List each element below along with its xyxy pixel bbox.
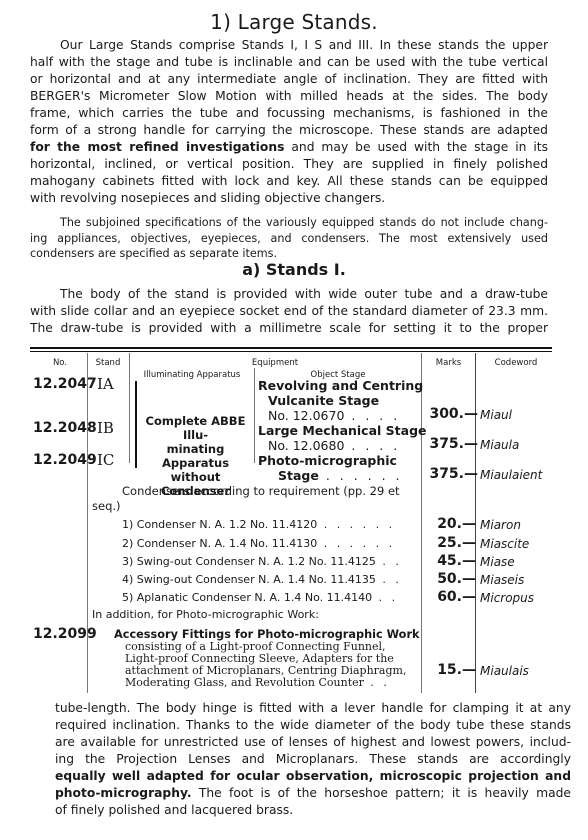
table-top-rule [30,347,552,349]
price-marks: 375.— [418,466,478,482]
header-no: No. [40,358,80,368]
text-line: horizontal, inclined, or vertical positi… [30,156,548,173]
text-line: mahogany cabinets fitted with lock and k… [30,173,548,190]
item-number: 12.2049 [33,452,97,468]
object-stage: Revolving and Centring Vulcanite Stage N… [258,378,423,423]
item-number: 12.2047 [33,376,97,392]
item-number: 12.2099 [33,626,97,642]
price-marks: 25.— [416,535,476,551]
codeword: Miascite [480,537,529,551]
text-line: Revolving and Centring [258,378,423,393]
text-line: Condensers according to requirement (pp.… [92,484,422,499]
price-marks: 45.— [416,553,476,569]
price-marks: 50.— [416,571,476,587]
text-line: or horizontal and at any intermediate an… [30,71,548,88]
price-marks: 375.— [418,436,478,452]
item-number: 12.2048 [33,420,97,436]
text-line: BERGER's Micrometer Slow Motion with mil… [30,88,548,105]
text-line: seq.) [92,499,422,514]
condenser-label: 3) Swing-out Condenser N. A. 1.2 No. 11.… [122,555,402,568]
addition-intro: In addition, for Photo-micrographic Work… [92,608,319,621]
text-line: with slide collar and an eyepiece socket… [30,303,548,320]
header-codeword: Codeword [476,358,556,368]
condenser-label: 4) Swing-out Condenser N. A. 1.4 No. 11.… [122,573,402,586]
header-illuminating: Illuminating Apparatus [130,370,254,380]
stand-type: IA [97,375,114,393]
codeword: Miaseis [480,573,524,587]
text-line: The body of the stand is provided with w… [30,286,548,303]
text-line: are available for unrestricted use of le… [55,734,571,751]
text-line: tube-length. The body hinge is fitted wi… [55,700,571,717]
condenser-label: 2) Condenser N. A. 1.4 No. 11.4130 . . .… [122,537,395,550]
price-marks: 15.— [416,662,476,678]
stand-type: IC [97,451,114,469]
text-line: ing the Projection Lenses and Microplana… [55,751,571,768]
text-line: minating Apparatus [137,442,254,470]
header-stand: Stand [88,358,128,368]
text-line: Complete ABBE Illu- [137,414,254,442]
closing-paragraph: tube-length. The body hinge is fitted wi… [55,700,571,819]
codeword: Miase [480,555,515,569]
subsection-heading: a) Stands I. [0,260,588,279]
text-line: Large Mechanical Stage [258,423,427,438]
stand-type: IB [97,419,114,437]
accessory-description: consisting of a Light-proof Connecting F… [125,641,406,689]
text-line: Moderating Glass, and Revolution Counter… [125,677,406,689]
stands-paragraph: The body of the stand is provided with w… [30,286,548,337]
text-line: equally well adapted for ocular observat… [55,768,571,785]
text-line: for the most refined investigations and … [30,139,548,156]
header-equipment: Equipment [130,358,420,368]
price-marks: 20.— [416,516,476,532]
codeword: Micropus [480,591,534,605]
condenser-label: 1) Condenser N. A. 1.2 No. 11.4120 . . .… [122,518,395,531]
column-divider [87,353,88,693]
price-marks: 300.— [418,406,478,422]
codeword: Miaulaient [480,468,542,482]
header-marks: Marks [422,358,475,368]
codeword: Miaula [480,438,519,452]
text-line: Photo-micrographic [258,453,403,468]
text-line: No. 12.0680 . . . . [258,438,427,453]
text-line: form of a strong handle for carrying the… [30,122,548,139]
text-line: Our Large Stands comprise Stands I, I S … [30,37,548,54]
note-paragraph: The subjoined specifications of the vari… [30,215,548,262]
text-line: frame, which carries the tube and focuss… [30,105,548,122]
text-line: required inclination. Thanks to the wide… [55,717,571,734]
codeword: Miaul [480,408,512,422]
object-stage: Large Mechanical Stage No. 12.0680 . . .… [258,423,427,453]
object-stage: Photo-micrographic Stage . . . . . . [258,453,403,483]
section-heading: 1) Large Stands. [0,10,588,34]
column-divider [254,368,255,463]
text-line: Vulcanite Stage [258,393,423,408]
intro-paragraph: Our Large Stands comprise Stands I, I S … [30,37,548,207]
price-marks: 60.— [416,589,476,605]
text-line: ing appliances, objectives, eyepieces, a… [30,231,548,247]
condensers-intro: Condensers according to requirement (pp.… [92,484,422,514]
text-line: half with the stage and tube is inclinab… [30,54,548,71]
text-line: with revolving nosepieces and sliding ob… [30,190,548,207]
text-line: No. 12.0670 . . . . [258,408,423,423]
table-top-rule-thin [30,351,552,352]
condenser-label: 5) Aplanatic Condenser N. A. 1.4 No. 11.… [122,591,398,604]
codeword: Miaulais [480,664,529,678]
text-line: The subjoined specifications of the vari… [30,215,548,231]
text-line: The draw-tube is provided with a millime… [30,320,548,337]
text-line: Stage . . . . . . [258,468,403,483]
codeword: Miaron [480,518,521,532]
text-line: photo-micrography. The foot is of the ho… [55,785,571,802]
text-line: of finely polished and lacquered brass. [55,802,571,819]
